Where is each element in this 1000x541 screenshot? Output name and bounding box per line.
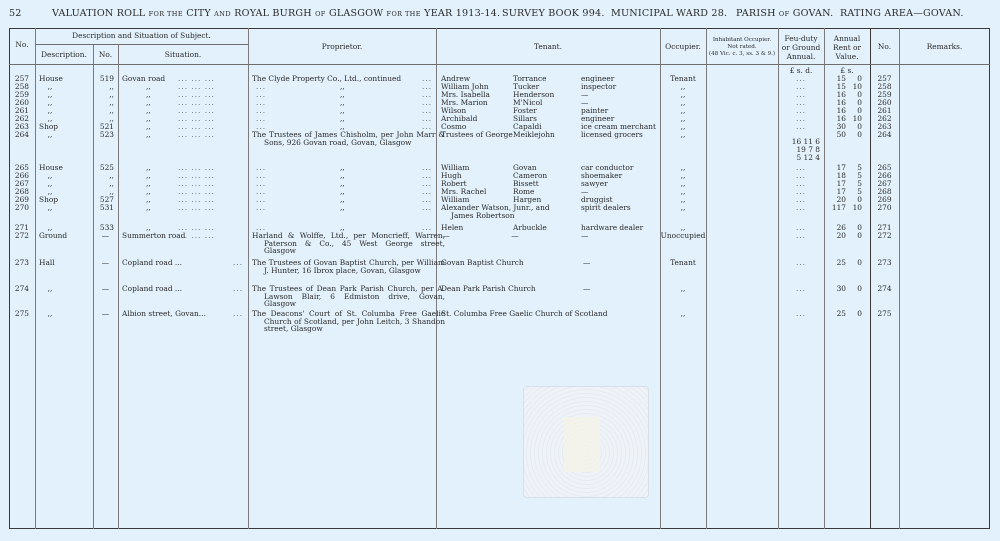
- tenant-name: St. Columba Free Gaelic Church of Scotla…: [441, 310, 607, 318]
- feu-duty: ...: [778, 285, 824, 293]
- header-remarks: Remarks.: [899, 42, 990, 51]
- rent-shillings: 0: [846, 310, 862, 318]
- row-number-right: 272: [870, 232, 899, 240]
- parish: PARISH OF GOVAN.: [736, 8, 833, 19]
- header-occupier: Occupier.: [660, 42, 706, 51]
- tenant-first-name: Trustees of George: [441, 131, 513, 139]
- situation: Copland road ...: [122, 259, 182, 267]
- street-number: —: [93, 310, 118, 318]
- row-number: 273: [9, 259, 29, 267]
- situation: Govan road: [122, 75, 165, 83]
- description: Ground: [39, 232, 67, 240]
- header-feu-duty: Feu-duty or Ground Annual.: [778, 34, 824, 61]
- page-header: 52 VALUATION ROLL FOR THE CITY AND ROYAL…: [0, 8, 1000, 24]
- situation: Albion street, Govan...: [122, 310, 206, 318]
- description: ,,: [35, 285, 65, 293]
- feu-value: 5 12 4: [778, 154, 820, 162]
- proprietor: The Trustees of Govan Baptist Church, pe…: [252, 259, 445, 274]
- occupier: ,,: [660, 204, 706, 212]
- rent-pounds: 30: [824, 285, 846, 293]
- tenant-occupation: hardware dealer: [581, 224, 643, 232]
- header-rule: [35, 44, 248, 45]
- tenant-surname: —: [505, 232, 525, 240]
- tenant-name: Dean Park Parish Church: [441, 285, 536, 293]
- header-rule: [9, 64, 990, 65]
- header-street-no: No.: [93, 50, 118, 59]
- rent-shillings: 0: [846, 131, 862, 139]
- rent-pounds: 25: [824, 310, 846, 318]
- header-annual-rent: Annual Rent or Value.: [824, 34, 870, 61]
- street-number: —: [93, 232, 118, 240]
- proprietor: The Clyde Property Co., Ltd., continued: [252, 75, 401, 83]
- rent-shillings: 0: [846, 285, 862, 293]
- tenant-name: James Robertson: [451, 212, 515, 220]
- tenant-name: Govan Baptist Church: [441, 259, 524, 267]
- tenant-occupation: —: [583, 285, 590, 293]
- occupier: ,,: [660, 285, 706, 293]
- proprietor: Harland & Wolffe, Ltd., per Moncrieff, W…: [252, 232, 445, 255]
- municipal-ward: MUNICIPAL WARD 28.: [611, 8, 727, 19]
- rent-shillings: 0: [846, 259, 862, 267]
- feu-duty: ...: [778, 232, 824, 240]
- rent-pounds: 50: [824, 131, 846, 139]
- occupier: Tenant: [660, 259, 706, 267]
- header-proprietor: Proprietor.: [248, 42, 436, 51]
- column-rule: [248, 28, 249, 529]
- page-title: VALUATION ROLL FOR THE CITY AND ROYAL BU…: [52, 8, 500, 19]
- tenant-surname: Meiklejohn: [513, 131, 555, 139]
- street-number: 523: [93, 131, 114, 139]
- street-number: —: [93, 259, 118, 267]
- column-rule: [706, 28, 707, 529]
- rating-area: RATING AREA—GOVAN.: [840, 8, 964, 19]
- row-number-right: 270: [870, 204, 899, 212]
- leader-dots: ...: [233, 259, 243, 267]
- rent-units: £ s.: [824, 67, 870, 75]
- occupier: ,,: [660, 310, 706, 318]
- header-tenant: Tenant.: [436, 42, 660, 51]
- row-number: 270: [9, 204, 29, 212]
- leader-dots: ...: [422, 204, 432, 212]
- situation: ,,: [146, 131, 151, 139]
- row-number-right: 273: [870, 259, 899, 267]
- feu-duty: ...: [778, 204, 824, 212]
- leader-dots: ... ... ...: [178, 204, 215, 212]
- description: ,,: [35, 204, 65, 212]
- survey-book: SURVEY BOOK 994.: [502, 8, 605, 19]
- description: ,,: [35, 310, 65, 318]
- row-number-right: 264: [870, 131, 899, 139]
- rent-shillings: 0: [846, 232, 862, 240]
- leader-dots: ...: [233, 285, 243, 293]
- proprietor: The Deacons' Court of St. Columba Free G…: [252, 310, 445, 333]
- tenant-first-name: —: [436, 232, 456, 240]
- situation: ,,: [146, 204, 151, 212]
- column-rule: [118, 45, 119, 529]
- row-number: 274: [9, 285, 29, 293]
- header-description: Description.: [35, 50, 93, 59]
- leader-dots: ... ... ...: [178, 131, 215, 139]
- tenant-occupation: spirit dealers: [581, 204, 631, 212]
- header-situation: Situation.: [118, 50, 248, 59]
- rent-pounds: 20: [824, 232, 846, 240]
- feu-duty: ...: [778, 123, 824, 131]
- header-description-group: Description and Situation of Subject.: [35, 31, 248, 40]
- street-number: 531: [93, 204, 114, 212]
- tenant-occupation: licensed grocers: [581, 131, 643, 139]
- page-number: 52: [9, 8, 22, 19]
- header-inhabitant-occupier: Inhabitant Occupier. Not rated. (48 Vic.…: [706, 37, 778, 58]
- library-stamp-watermark: [523, 386, 649, 498]
- situation: Copland road ...: [122, 285, 182, 293]
- row-number: 272: [9, 232, 29, 240]
- row-number-right: 275: [870, 310, 899, 318]
- header-no-right: No.: [870, 42, 899, 51]
- description: Hall: [39, 259, 55, 267]
- leader-dots: ...: [233, 310, 243, 318]
- row-number: 275: [9, 310, 29, 318]
- street-number: —: [93, 285, 118, 293]
- rent-pounds: 117: [824, 204, 846, 212]
- feu-duty: ...: [778, 259, 824, 267]
- description: ,,: [35, 131, 65, 139]
- feu-duty: ...: [778, 310, 824, 318]
- proprietor: The Trustees of James Chisholm, per John…: [252, 131, 445, 146]
- column-rule: [436, 28, 437, 529]
- occupier: Unoccupied: [660, 232, 706, 240]
- header-no: No.: [9, 40, 35, 49]
- proprietor: ,,: [340, 204, 345, 212]
- situation: Summerton road: [122, 232, 185, 240]
- leader-dots: ... ... ...: [178, 232, 215, 240]
- rent-shillings: 10: [846, 204, 862, 212]
- row-number: 264: [9, 131, 29, 139]
- column-rule: [899, 28, 900, 529]
- rent-pounds: 25: [824, 259, 846, 267]
- occupier: ,,: [660, 131, 706, 139]
- proprietor: The Trustees of Dean Park Parish Church,…: [252, 285, 445, 308]
- tenant-occupation: —: [583, 259, 590, 267]
- leader-dots: ...: [256, 204, 266, 212]
- row-number-right: 274: [870, 285, 899, 293]
- tenant-occupation: —: [581, 232, 588, 240]
